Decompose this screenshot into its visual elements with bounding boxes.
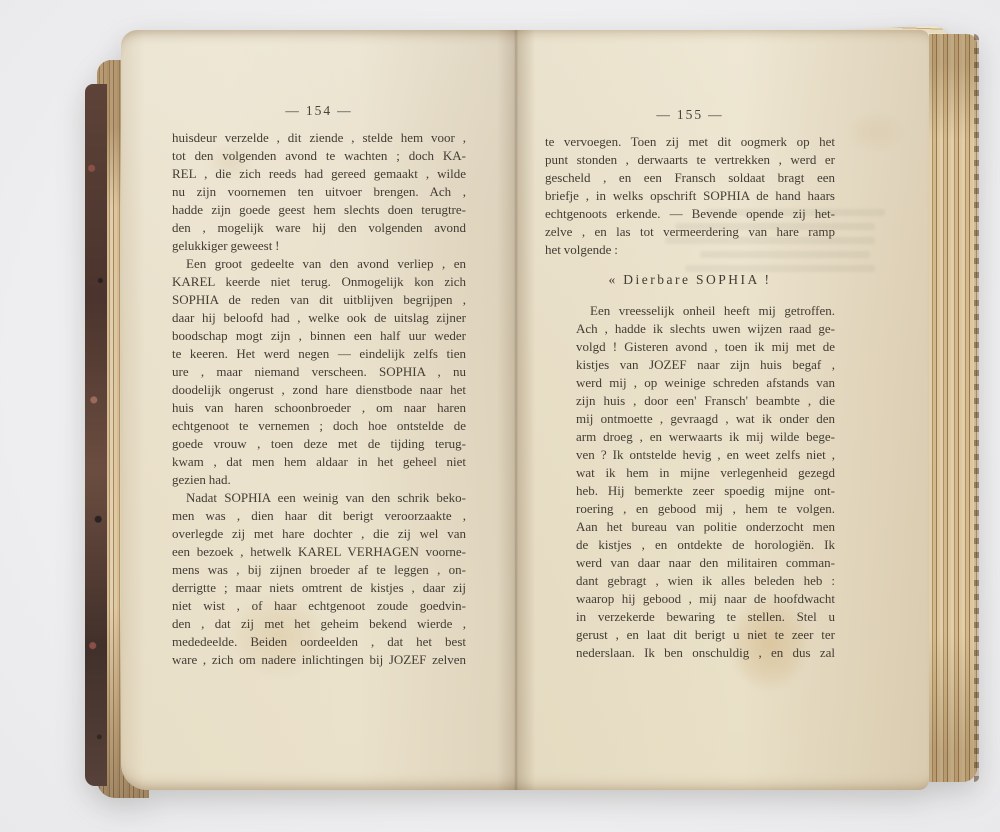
text-line: derrigtte ; maar niets omtrent de kistje…	[172, 579, 466, 597]
text-line: huis van haren schoonbroeder , om naar h…	[172, 399, 466, 417]
text-line: zijn huis , door een' Fransch' beambte ,…	[576, 392, 835, 410]
text-line: werd mij , op weinige schreden afstands …	[576, 374, 835, 392]
photo-background: — 154 — huisdeur verzelde , dit ziende ,…	[0, 0, 1000, 832]
text-line: arm droeg , en werwaarts ik mij wilde be…	[576, 428, 835, 446]
text-line: kwam , dat men hem aldaar in het geheel …	[172, 453, 466, 471]
text-line: dant gebragt , wien ik alles beleden heb…	[576, 572, 835, 590]
page-number-154: — 154 —	[172, 102, 466, 120]
text-line: ware , zich om nadere inlichtingen bij J…	[172, 651, 466, 669]
text-line: KAREL keerde niet terug. Onmogelijk kon …	[172, 273, 466, 291]
text-line: men was , dien haar dit berigt veroorzaa…	[172, 507, 466, 525]
text-line: gerust , en laat dit berigt u niet te ze…	[576, 626, 835, 644]
text-line: boodschap mogt zijn , binnen een half uu…	[172, 327, 466, 345]
left-page-text-column: — 154 — huisdeur verzelde , dit ziende ,…	[172, 102, 466, 669]
text-line: niet wist , of haar echtgenoot zoude goe…	[172, 597, 466, 615]
text-line: echtgenoots erkende. — Bevende opende zi…	[545, 205, 835, 223]
text-line: doodelijk ongerust , zond hare dienstbod…	[172, 381, 466, 399]
text-line: REL , die zich reeds had gereed gemaakt …	[172, 165, 466, 183]
text-line: een bezoek , hetwelk KAREL VERHAGEN voor…	[172, 543, 466, 561]
text-line: Nadat SOPHIA een weinig van den schrik b…	[172, 489, 466, 507]
text-line: mens was , bij zijnen broeder af te legg…	[172, 561, 466, 579]
text-line: Aan het bureau van politie onderzocht me…	[576, 518, 835, 536]
text-line: gelukkiger geweest !	[172, 237, 466, 255]
text-line: waarop hij gebood , mij naar de hoofdwac…	[576, 590, 835, 608]
text-line: overlegde zij met hare dochter , die zij…	[172, 525, 466, 543]
text-line: SOPHIA de reden van dit uitblijven begri…	[172, 291, 466, 309]
text-line: briefje , in welks opschrift SOPHIA de h…	[545, 187, 835, 205]
text-line: in verzekerde bewaring te stellen. Stel …	[576, 608, 835, 626]
text-line: te keeren. Het werd negen — eindelijk ze…	[172, 345, 466, 363]
text-line: heb. Hij bemerkte zeer spoedig mijne ont…	[576, 482, 835, 500]
text-line: het volgende :	[545, 241, 835, 259]
fore-edge-page-stack	[929, 34, 977, 782]
text-line: Ach , hadde ik slechts uwen wijzen raad …	[576, 320, 835, 338]
marbled-cover-edge	[85, 84, 107, 786]
text-line: goede vrouw , toen deze met de tijding t…	[172, 435, 466, 453]
text-line: den , mogelijk ware hij den volgenden av…	[172, 219, 466, 237]
text-line: gezien had.	[172, 471, 466, 489]
text-line: roering , en gebood mij , hem te volgen.	[576, 500, 835, 518]
text-line: de kistjes , en ontdekte de horologiën. …	[576, 536, 835, 554]
left-page-body: huisdeur verzelde , dit ziende , stelde …	[172, 129, 466, 669]
text-line: daar hij beloofd had , welke ook de uits…	[172, 309, 466, 327]
text-line: ven ? Ik ontstelde hevig , en weet zelfs…	[576, 446, 835, 464]
page-number-155: — 155 —	[545, 106, 835, 124]
text-line: werd van daar naar den militairen comman…	[576, 554, 835, 572]
text-line: volgd ! Gisteren avond , toen ik mij met…	[576, 338, 835, 356]
open-book: — 154 — huisdeur verzelde , dit ziende ,…	[85, 22, 977, 804]
text-line: mij ontmoette , gevraagd , wat ik onder …	[576, 410, 835, 428]
text-line: hadde zijn goede geest hem slechts doen …	[172, 201, 466, 219]
text-line: zelve , en las tot vermeerdering van har…	[545, 223, 835, 241]
text-line: tot den volgenden avond te wachten ; doc…	[172, 147, 466, 165]
text-line: « Dierbare SOPHIA !	[545, 271, 835, 289]
text-line: mededeelde. Beiden oordeelden , dat het …	[172, 633, 466, 651]
text-line: nederslaan. Ik ben onschuldig , en dus z…	[576, 644, 835, 662]
text-line: wat ik hem in mijne verlegenheid gezegd	[576, 464, 835, 482]
text-line: den , dat zij met het geheim bekend wier…	[172, 615, 466, 633]
text-line: echtgenoot te vernemen ; doch hoe ontste…	[172, 417, 466, 435]
text-line: gescheld , en een Fransch soldaat bragt …	[545, 169, 835, 187]
book-gutter-shadow	[497, 30, 535, 790]
text-line: huisdeur verzelde , dit ziende , stelde …	[172, 129, 466, 147]
text-line: nu zijn voornemen ten uitvoer brengen. A…	[172, 183, 466, 201]
right-page-body: te vervoegen. Toen zij met dit oogmerk o…	[545, 133, 835, 662]
text-line: Een vreesselijk onheil heeft mij getroff…	[576, 302, 835, 320]
text-line: ure , maar niemand verscheen. SOPHIA , n…	[172, 363, 466, 381]
right-page-text-column: — 155 — te vervoegen. Toen zij met dit o…	[545, 106, 835, 662]
text-line: te vervoegen. Toen zij met dit oogmerk o…	[545, 133, 835, 151]
text-line: Een groot gedeelte van den avond verliep…	[172, 255, 466, 273]
text-line: punt stonden , derwaarts te vertrekken ,…	[545, 151, 835, 169]
text-line: kistjes van JOZEF naar zijn huis begaf ,	[576, 356, 835, 374]
